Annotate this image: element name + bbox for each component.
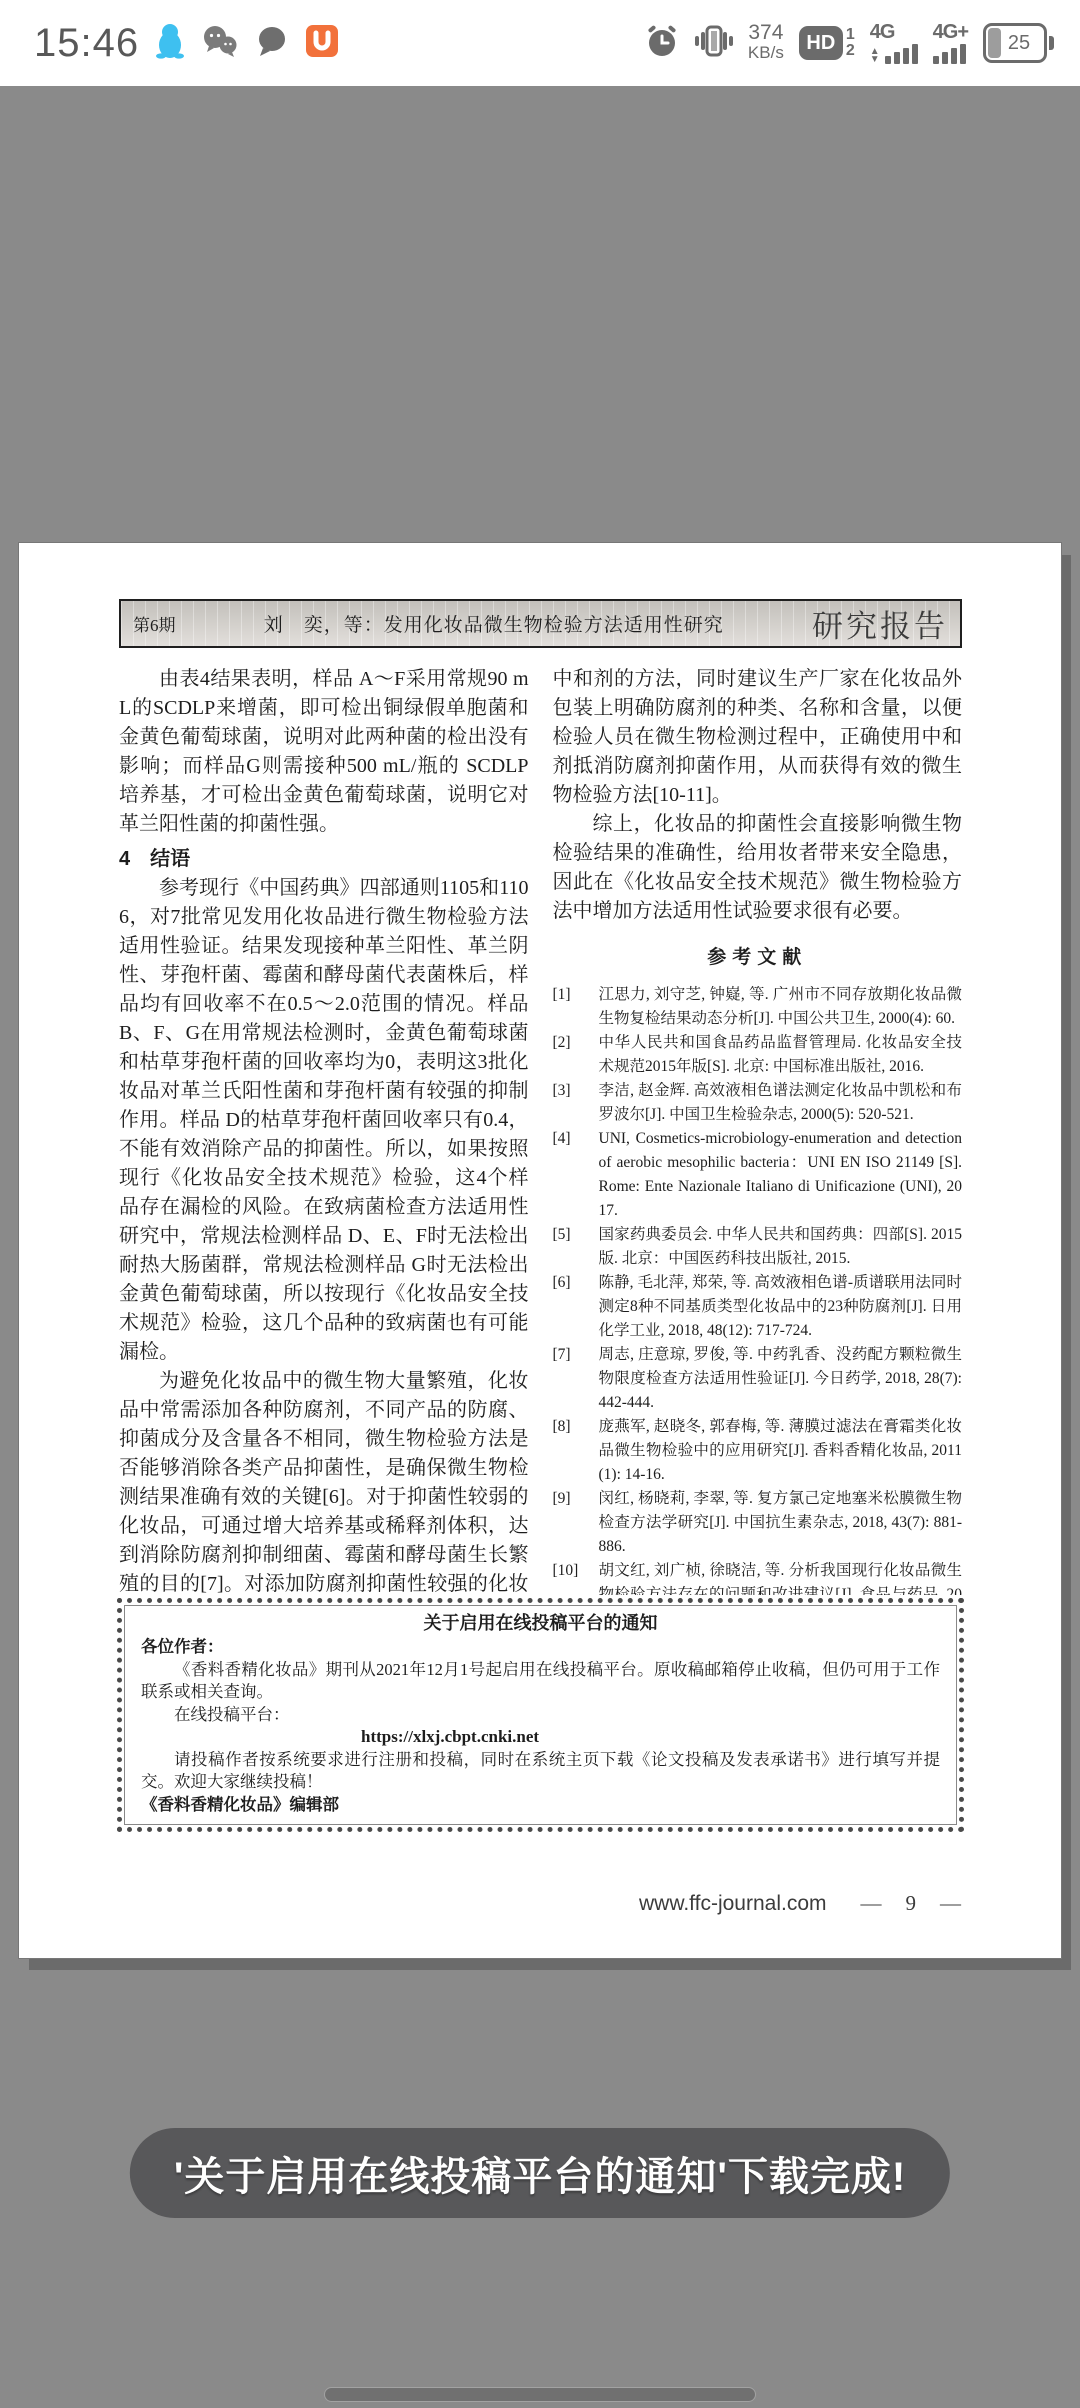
ref-text: 闵红, 杨晓莉, 李翠, 等. 复方氯己定地塞米松膜微生物检查方法学研究[J].… (599, 1487, 963, 1559)
pdf-page[interactable]: 第6期 刘 奕，等：发用化妆品微生物检验方法适用性研究 研究报告 由表4结果表明… (19, 543, 1061, 1958)
reference-item: [7]周志, 庄意琼, 罗俊, 等. 中药乳香、没药配方颗粒微生物限度检查方法适… (553, 1343, 963, 1415)
ref-num: [7] (553, 1343, 595, 1415)
ref-num: [4] (553, 1127, 595, 1223)
reference-item: [2]中华人民共和国食品药品监督管理局. 化妆品安全技术规范2015年版[S].… (553, 1031, 963, 1079)
hd-icon: HD (799, 26, 843, 60)
reference-item: [6]陈静, 毛北萍, 郑荣, 等. 高效液相色谱-质谱联用法同时测定8种不同基… (553, 1271, 963, 1343)
battery-percent: 25 (1008, 32, 1030, 55)
reference-item: [10]胡文红, 刘广桢, 徐晓洁, 等. 分析我国现行化妆品微生物检验方法存在… (553, 1559, 963, 1595)
battery-fill (988, 28, 1001, 58)
paragraph: 由表4结果表明，样品 A～F采用常规90 mL的SCDLP来增菌，即可检出铜绿假… (119, 665, 529, 839)
toast-text: '关于启用在线投稿平台的通知'下载完成! (174, 2145, 906, 2202)
paragraph: 综上，化妆品的抑菌性会直接影响微生物检验结果的准确性，给用妆者带来安全隐患，因此… (553, 810, 963, 926)
volte-hd-indicator: HD 1 2 (799, 26, 855, 60)
ref-text: UNI, Cosmetics-microbiology-enumeration … (599, 1127, 963, 1223)
issue-label: 第6期 (133, 611, 176, 636)
battery-indicator: 25 (983, 23, 1054, 63)
page-number: 9 (906, 1891, 917, 1916)
journal-site: www.ffc-journal.com (639, 1892, 827, 1916)
status-bar: 15:46 (0, 0, 1080, 86)
ref-text: 周志, 庄意琼, 罗俊, 等. 中药乳香、没药配方颗粒微生物限度检查方法适用性验… (599, 1343, 963, 1415)
paragraph: 参考现行《中国药典》四部通则1105和1106，对7批常见发用化妆品进行微生物检… (119, 874, 529, 1367)
notice-paragraph: 请投稿作者按系统要求进行注册和投稿，同时在系统主页下载《论文投稿及发表承诺书》进… (141, 1749, 940, 1794)
left-column: 由表4结果表明，样品 A～F采用常规90 mL的SCDLP来增菌，即可检出铜绿假… (119, 665, 529, 1595)
ref-text: 中华人民共和国食品药品监督管理局. 化妆品安全技术规范2015年版[S]. 北京… (599, 1031, 963, 1079)
ref-num: [3] (553, 1079, 595, 1127)
page-header-band: 第6期 刘 奕，等：发用化妆品微生物检验方法适用性研究 研究报告 (119, 599, 962, 648)
ref-text: 李洁, 赵金辉. 高效液相色谱法测定化妆品中凯松和布罗波尔[J]. 中国卫生检验… (599, 1079, 963, 1127)
ref-text: 国家药典委员会. 中华人民共和国药典：四部[S]. 2015版. 北京：中国医药… (599, 1223, 963, 1271)
right-column: 中和剂的方法，同时建议生产厂家在化妆品外包装上明确防腐剂的种类、名称和含量，以便… (553, 665, 963, 1595)
paragraph: 中和剂的方法，同时建议生产厂家在化妆品外包装上明确防腐剂的种类、名称和含量，以便… (553, 665, 963, 810)
alarm-clock-icon (644, 23, 680, 64)
submission-url: https://xlxj.cbpt.cnki.net (361, 1726, 940, 1749)
wechat-icon (201, 24, 239, 63)
download-complete-toast: '关于启用在线投稿平台的通知'下载完成! (130, 2128, 950, 2218)
section-label: 研究报告 (812, 601, 948, 646)
ref-num: [2] (553, 1031, 595, 1079)
sim1-signal: 4G ▲▼ (870, 22, 918, 64)
two-column-text: 由表4结果表明，样品 A～F采用常规90 mL的SCDLP来增菌，即可检出铜绿假… (119, 665, 962, 1595)
qq-icon (155, 23, 185, 64)
ref-num: [6] (553, 1271, 595, 1343)
ref-text: 庞燕军, 赵晓冬, 郭春梅, 等. 薄膜过滤法在膏霜类化妆品微生物检验中的应用研… (599, 1415, 963, 1487)
network-speed-unit: KB/s (748, 43, 784, 63)
reference-item: [3]李洁, 赵金辉. 高效液相色谱法测定化妆品中凯松和布罗波尔[J]. 中国卫… (553, 1079, 963, 1127)
page-footer: www.ffc-journal.com — 9 — (639, 1891, 961, 1916)
reference-item: [9]闵红, 杨晓莉, 李翠, 等. 复方氯己定地塞米松膜微生物检查方法学研究[… (553, 1487, 963, 1559)
ref-text: 陈静, 毛北萍, 郑荣, 等. 高效液相色谱-质谱联用法同时测定8种不同基质类型… (599, 1271, 963, 1343)
sim2-network-type: 4G+ (933, 22, 968, 42)
battery-nub (1049, 36, 1054, 50)
ref-text: 江思力, 刘守芝, 钟嶷, 等. 广州市不同存放期化妆品微生物复检结果动态分析[… (599, 983, 963, 1031)
clock-time: 15:46 (34, 21, 139, 66)
dash: — (940, 1891, 961, 1916)
data-activity-arrows: ▲▼ (870, 48, 880, 64)
sim2-label: 2 (846, 43, 855, 59)
section-heading: 4 结语 (119, 842, 529, 871)
notice-salutation: 各位作者： (141, 1636, 940, 1659)
vibrate-icon (695, 23, 733, 64)
sim1-label: 1 (846, 27, 855, 43)
reference-item: [8]庞燕军, 赵晓冬, 郭春梅, 等. 薄膜过滤法在膏霜类化妆品微生物检验中的… (553, 1415, 963, 1487)
ref-num: [8] (553, 1415, 595, 1487)
paragraph: 为避免化妆品中的微生物大量繁殖，化妆品中常需添加各种防腐剂，不同产品的防腐、抑菌… (119, 1367, 529, 1595)
notice-box: 关于启用在线投稿平台的通知 各位作者： 《香料香精化妆品》期刊从2021年12月… (117, 1598, 964, 1832)
ref-num: [5] (553, 1223, 595, 1271)
network-speed: 374 KB/s (748, 23, 784, 63)
reference-item: [5]国家药典委员会. 中华人民共和国药典：四部[S]. 2015版. 北京：中… (553, 1223, 963, 1271)
ref-num: [9] (553, 1487, 595, 1559)
notice-signature: 《香料香精化妆品》编辑部 (141, 1794, 940, 1817)
ref-num: [10] (553, 1559, 595, 1595)
notice-paragraph: 《香料香精化妆品》期刊从2021年12月1号起启用在线投稿平台。原收稿邮箱停止收… (141, 1659, 940, 1704)
sim1-network-type: 4G (870, 22, 895, 42)
home-indicator-pill[interactable] (324, 2387, 756, 2402)
reference-item: [4]UNI, Cosmetics-microbiology-enumerati… (553, 1127, 963, 1223)
references-title: 参考文献 (553, 942, 963, 969)
ref-num: [1] (553, 983, 595, 1031)
notice-paragraph: 在线投稿平台： (141, 1704, 940, 1727)
network-speed-value: 374 (748, 23, 783, 43)
phone-screen: 15:46 (0, 0, 1080, 2408)
dash: — (861, 1891, 882, 1916)
reference-item: [1]江思力, 刘守芝, 钟嶷, 等. 广州市不同存放期化妆品微生物复检结果动态… (553, 983, 963, 1031)
security-shield-icon (305, 24, 339, 63)
ref-text: 胡文红, 刘广桢, 徐晓洁, 等. 分析我国现行化妆品微生物检验方法存在的问题和… (599, 1559, 963, 1595)
running-title: 刘 奕，等：发用化妆品微生物检验方法适用性研究 (264, 610, 724, 637)
notice-title: 关于启用在线投稿平台的通知 (141, 1610, 940, 1636)
sim2-signal: 4G+ (933, 22, 968, 64)
message-bubble-icon (255, 24, 289, 63)
